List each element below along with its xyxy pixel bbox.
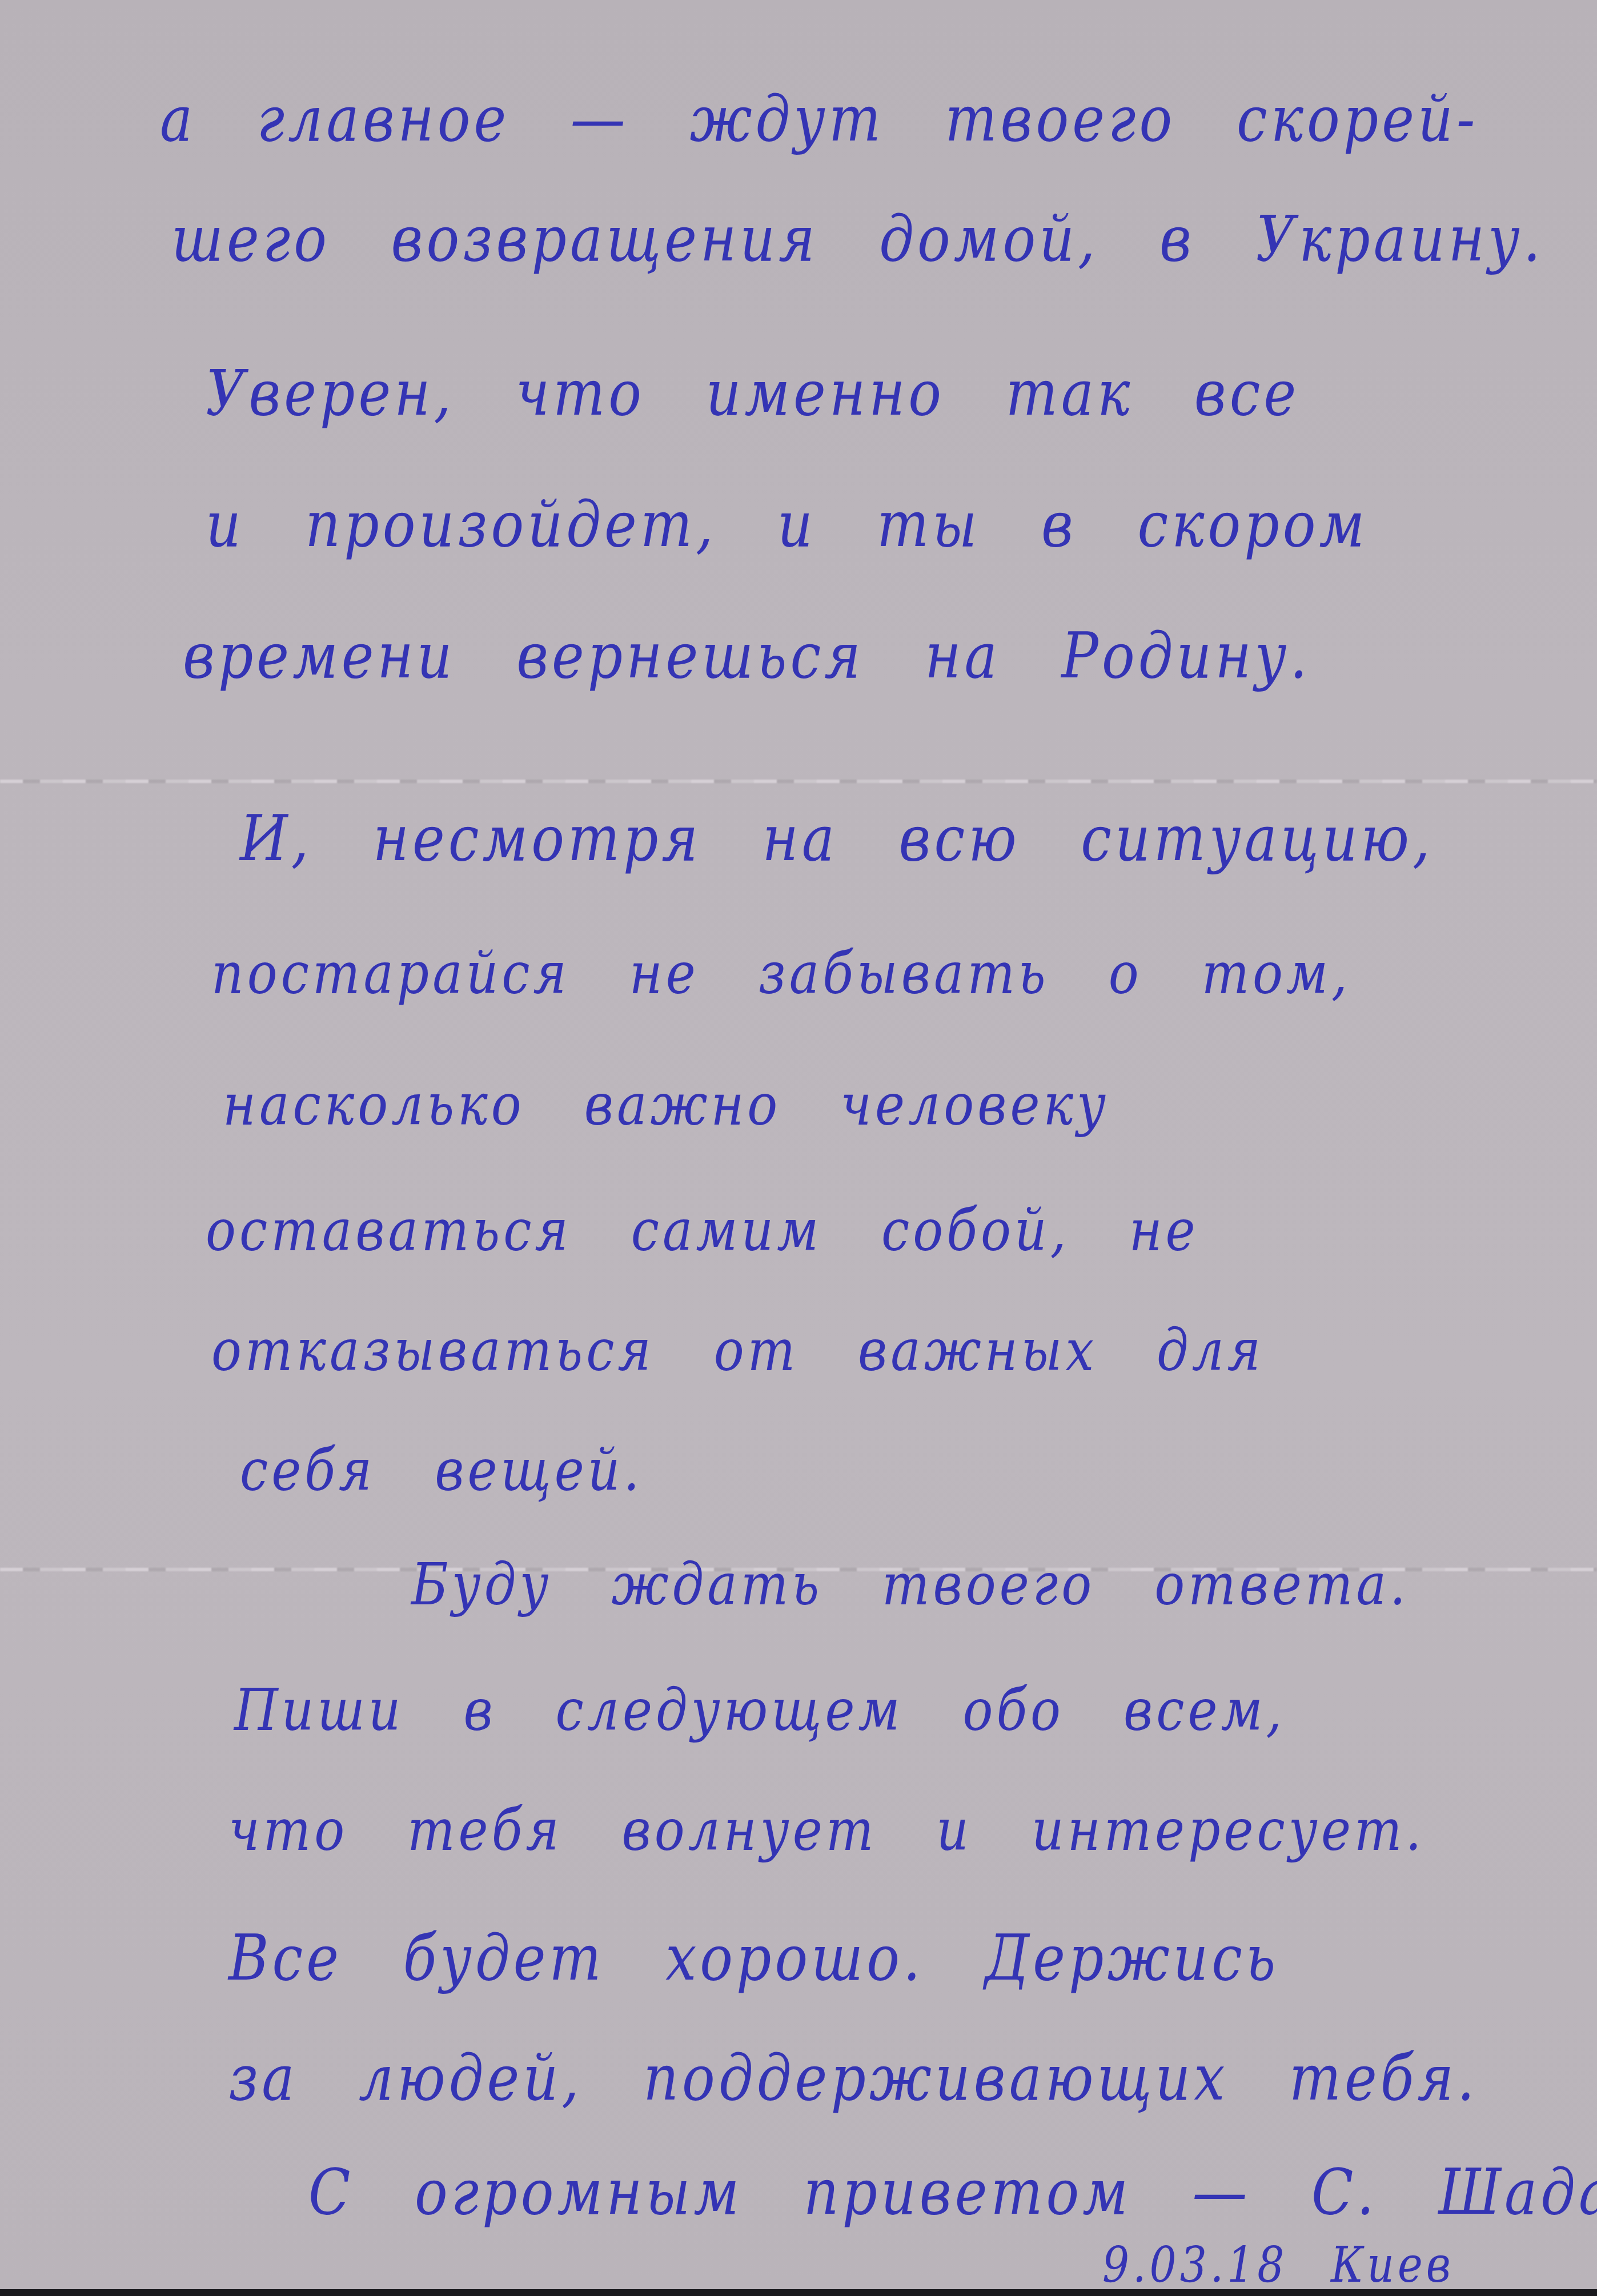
letter-line-8: насколько важно человеку	[223, 1071, 1109, 1138]
letter-signature-line: С огромным приветом — С. Шадан	[308, 2155, 1597, 2229]
letter-line-16: за людей, поддерживающих тебя.	[228, 2041, 1478, 2114]
letter-line-5: времени вернешься на Родину.	[183, 619, 1311, 692]
letter-date: 9.03.18	[1102, 2237, 1287, 2294]
letter-paper: а главное — ждут твоего скорей- шего воз…	[0, 0, 1597, 2289]
letter-line-6: И, несмотря на всю ситуацию,	[240, 801, 1434, 875]
letter-line-15: Все будет хорошо. Держись	[228, 1921, 1279, 1994]
fold-crease-upper	[0, 780, 1597, 783]
letter-line-12: Буду ждать твоего ответа.	[411, 1551, 1409, 1618]
letter-line-10: отказываться от важных для	[211, 1316, 1264, 1384]
letter-line-4: и произойдет, и ты в скором	[206, 487, 1368, 561]
letter-line-2: шего возвращения домой, в Украину.	[171, 202, 1544, 275]
scan-bottom-edge	[0, 2289, 1597, 2296]
letter-line-9: оставаться самим собой, не	[206, 1197, 1199, 1264]
letter-line-3: Уверен, что именно так все	[206, 356, 1299, 430]
letter-line-7: постарайся не забывать о том,	[211, 940, 1351, 1007]
letter-place: Киев	[1331, 2237, 1454, 2294]
letter-line-11: себя вещей.	[240, 1436, 643, 1504]
letter-line-1: а главное — ждут твоего скорей-	[160, 82, 1478, 155]
letter-line-14: что тебя волнует и интересует.	[228, 1796, 1425, 1864]
letter-line-13: Пиши в следующем обо всем,	[234, 1676, 1286, 1744]
